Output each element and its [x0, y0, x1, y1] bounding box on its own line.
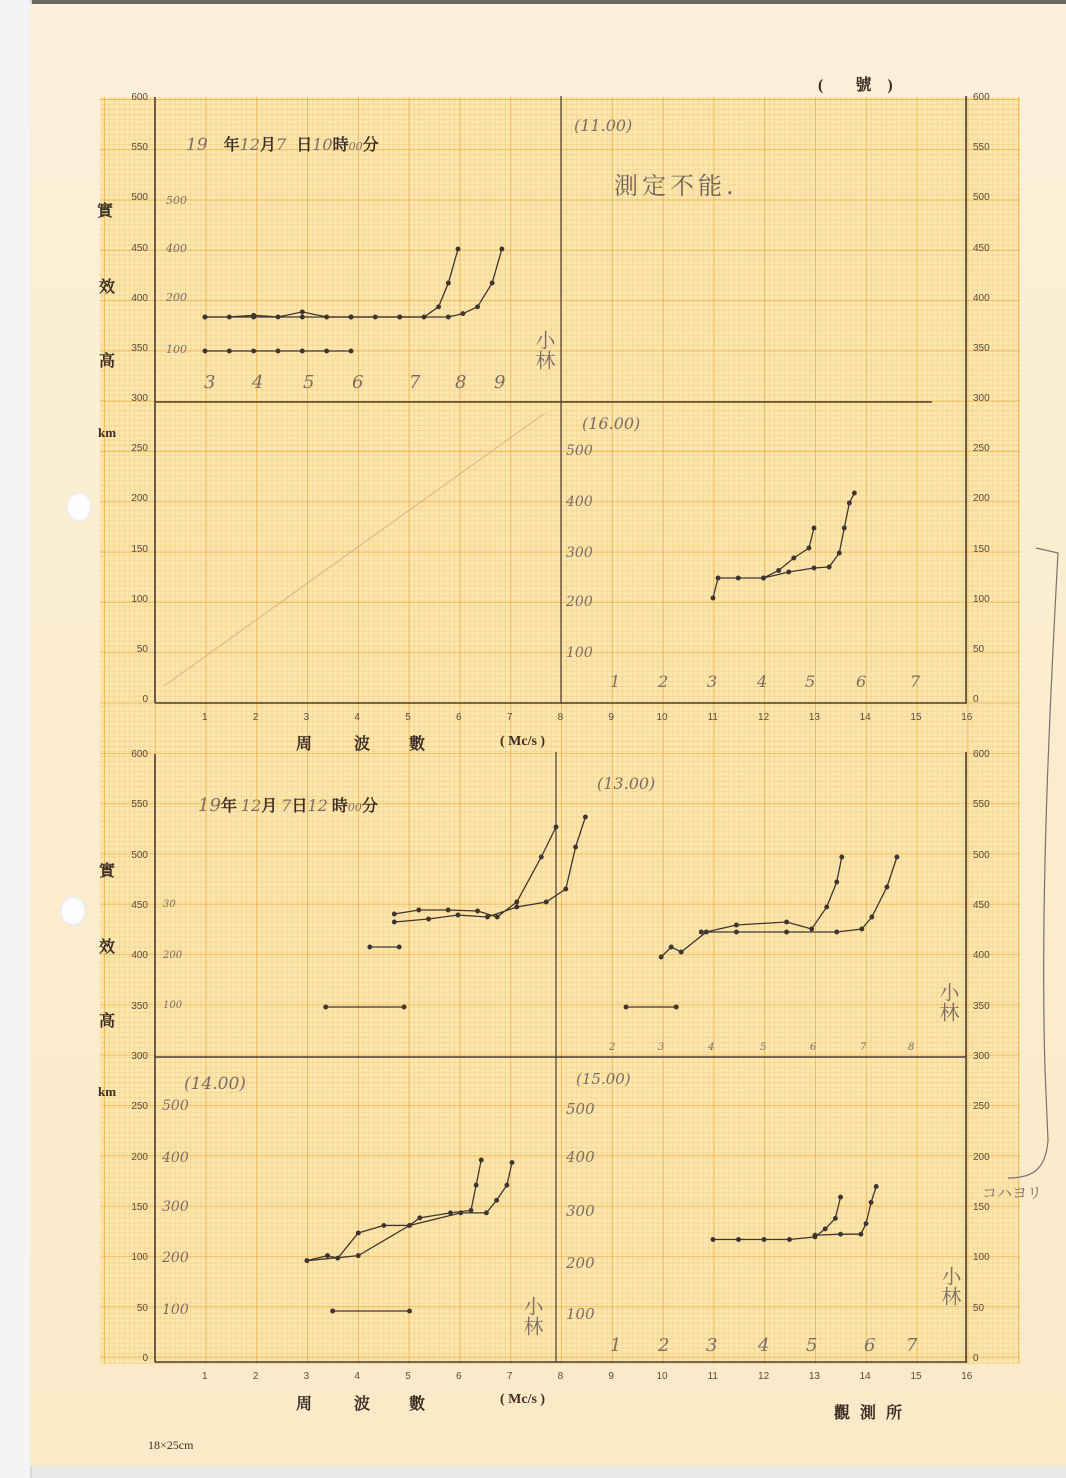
data-point: [812, 566, 816, 570]
data-point: [397, 945, 401, 949]
data-point: [669, 945, 673, 949]
data-point: [252, 315, 256, 319]
data-point: [716, 576, 720, 580]
trace-x-trace: [307, 1163, 512, 1261]
data-point: [324, 1005, 328, 1009]
data-point: [456, 247, 460, 251]
data-point: [495, 915, 499, 919]
data-point: [827, 565, 831, 569]
data-point: [792, 556, 796, 560]
data-point: [459, 1211, 463, 1215]
data-point: [574, 845, 578, 849]
data-point: [325, 349, 329, 353]
data-point: [510, 1161, 514, 1165]
trace-o-trace: [205, 249, 458, 317]
data-point: [859, 1232, 863, 1236]
trace-o-trace: [661, 857, 842, 957]
data-point: [368, 945, 372, 949]
data-point: [554, 825, 558, 829]
data-point: [564, 887, 568, 891]
data-point: [447, 281, 451, 285]
trace-o-trace: [713, 528, 814, 598]
data-point: [393, 912, 397, 916]
data-point: [540, 855, 544, 859]
data-point: [252, 349, 256, 353]
data-point: [331, 1309, 335, 1313]
trace-x-trace: [701, 857, 897, 932]
data-point: [679, 950, 683, 954]
data-point: [787, 570, 791, 574]
data-point: [869, 1201, 873, 1205]
data-point: [515, 900, 519, 904]
data-point: [456, 913, 460, 917]
data-point: [479, 1158, 483, 1162]
calibration-line: [164, 413, 545, 686]
data-point: [840, 855, 844, 859]
data-point: [864, 1222, 868, 1226]
data-point: [659, 955, 663, 959]
trace-x-trace: [205, 249, 502, 317]
data-point: [382, 1224, 386, 1228]
data-point: [228, 349, 232, 353]
data-point: [624, 1005, 628, 1009]
data-point: [825, 905, 829, 909]
data-point: [674, 1005, 678, 1009]
data-point: [276, 349, 280, 353]
data-point: [839, 1232, 843, 1236]
data-point: [785, 920, 789, 924]
data-point: [895, 855, 899, 859]
data-point: [810, 927, 814, 931]
data-point: [736, 576, 740, 580]
data-point: [839, 1195, 843, 1199]
data-point: [700, 930, 704, 934]
data-point: [301, 349, 305, 353]
data-point: [515, 905, 519, 909]
data-point: [305, 1259, 309, 1263]
data-point: [837, 551, 841, 555]
trace-x-trace: [764, 493, 855, 578]
data-point: [785, 930, 789, 934]
data-point: [490, 281, 494, 285]
data-point: [476, 305, 480, 309]
trace-o-trace: [307, 1160, 481, 1261]
data-point: [402, 1005, 406, 1009]
data-point: [860, 927, 864, 931]
data-point: [500, 247, 504, 251]
data-point: [393, 920, 397, 924]
data-point: [762, 1238, 766, 1242]
data-point: [885, 885, 889, 889]
data-point: [203, 349, 207, 353]
data-point: [418, 1216, 422, 1220]
data-point: [505, 1183, 509, 1187]
data-point: [398, 315, 402, 319]
data-point: [843, 526, 847, 530]
ionogram-plot: [0, 0, 1066, 1478]
data-point: [853, 491, 857, 495]
data-point: [495, 1198, 499, 1202]
data-point: [474, 1183, 478, 1187]
data-point: [735, 923, 739, 927]
data-point: [356, 1231, 360, 1235]
data-point: [834, 1217, 838, 1221]
data-point: [735, 930, 739, 934]
data-point: [813, 1233, 817, 1237]
data-point: [301, 310, 305, 314]
data-point: [777, 569, 781, 573]
data-point: [203, 315, 207, 319]
data-point: [870, 915, 874, 919]
data-point: [812, 526, 816, 530]
data-point: [584, 815, 588, 819]
data-point: [823, 1227, 827, 1231]
data-point: [469, 1209, 473, 1213]
data-point: [408, 1309, 412, 1313]
data-point: [349, 315, 353, 319]
data-point: [461, 312, 465, 316]
data-point: [544, 900, 548, 904]
data-point: [737, 1238, 741, 1242]
data-point: [446, 908, 450, 912]
data-point: [417, 908, 421, 912]
data-point: [447, 315, 451, 319]
trace-x-trace: [394, 817, 585, 922]
data-point: [437, 305, 441, 309]
data-point: [848, 501, 852, 505]
data-point: [356, 1254, 360, 1258]
data-point: [835, 880, 839, 884]
data-point: [711, 596, 715, 600]
data-point: [874, 1185, 878, 1189]
data-point: [807, 546, 811, 550]
data-point: [449, 1211, 453, 1215]
data-point: [762, 576, 766, 580]
data-point: [485, 1211, 489, 1215]
data-point: [476, 909, 480, 913]
trace-o-trace: [713, 1197, 841, 1239]
data-point: [835, 930, 839, 934]
data-point: [788, 1238, 792, 1242]
data-point: [486, 915, 490, 919]
data-point: [408, 1224, 412, 1228]
data-point: [349, 349, 353, 353]
data-point: [427, 917, 431, 921]
margin-bracket: [1008, 548, 1058, 1178]
data-point: [301, 315, 305, 319]
trace-o-trace: [394, 827, 556, 917]
data-point: [711, 1238, 715, 1242]
data-point: [326, 1254, 330, 1258]
